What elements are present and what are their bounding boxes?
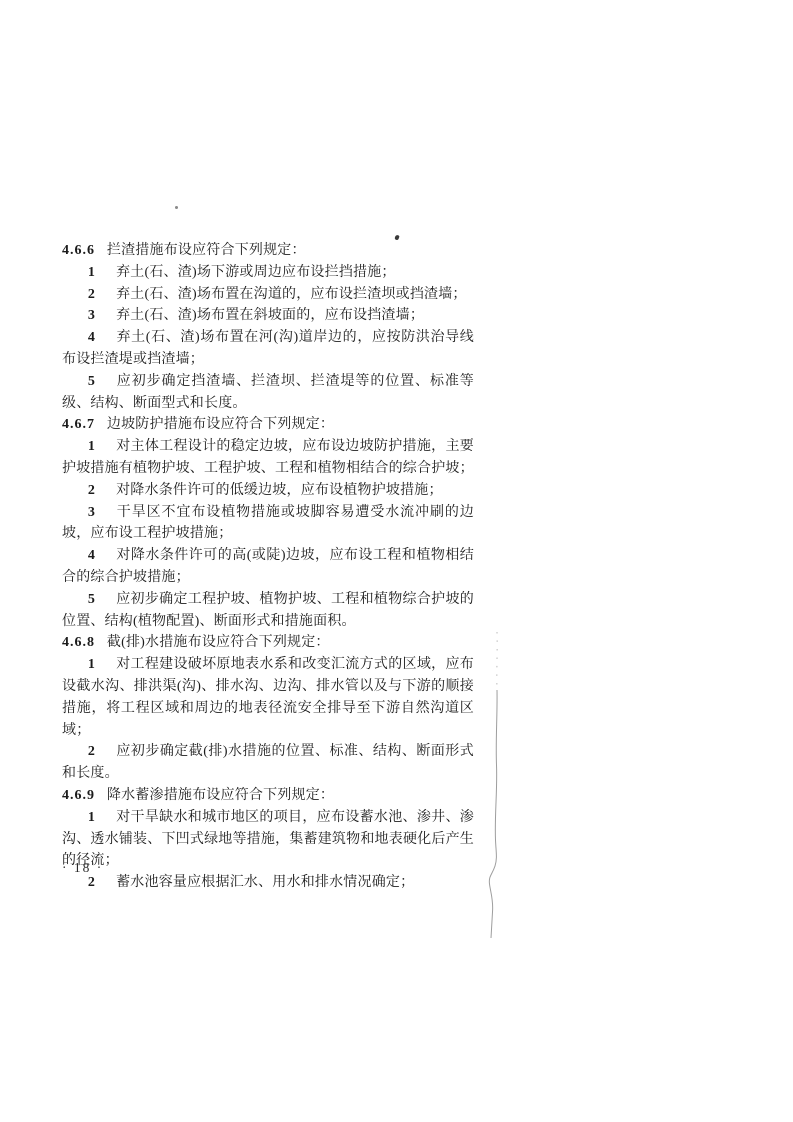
clause-title: 降水蓄渗措施布设应符合下列规定：: [107, 788, 334, 803]
item-text: 弃土(石、渣)场下游或周边应布设拦挡措施；: [116, 265, 396, 280]
item-number: 2: [88, 287, 95, 302]
clause-item: 1弃土(石、渣)场下游或周边应布设拦挡措施；: [62, 262, 474, 284]
item-text: 干旱区不宜布设植物措施或坡脚容易遭受水流冲刷的边坡，应布设工程护坡措施；: [62, 505, 474, 542]
item-number: 4: [88, 548, 95, 563]
clause-item: 1对干旱缺水和城市地区的项目，应布设蓄水池、渗井、渗沟、透水铺装、下凹式绿地等措…: [62, 807, 474, 872]
item-text: 应初步确定截(排)水措施的位置、标准、结构、断面形式和长度。: [62, 744, 474, 781]
item-number: 1: [88, 265, 95, 280]
item-number: 1: [88, 810, 95, 825]
clause-item: 3弃土(石、渣)场布置在斜坡面的，应布设挡渣墙；: [62, 305, 474, 327]
item-text: 对降水条件许可的低缓边坡，应布设植物护坡措施；: [116, 483, 443, 498]
clause-item: 4弃土(石、渣)场布置在河(沟)道岸边的，应按防洪治导线布设拦渣堤或挡渣墙；: [62, 327, 474, 371]
item-number: 3: [88, 308, 95, 323]
item-number: 1: [88, 657, 95, 672]
clause-item: 2蓄水池容量应根据汇水、用水和排水情况确定；: [62, 872, 474, 894]
clause-item: 5应初步确定挡渣墙、拦渣坝、拦渣堤等的位置、标准等级、结构、断面型式和长度。: [62, 371, 474, 415]
clause-title: 拦渣措施布设应符合下列规定：: [107, 243, 306, 258]
clause-heading-4-6-9: 4.6.9降水蓄渗措施布设应符合下列规定：: [62, 785, 474, 807]
item-text: 蓄水池容量应根据汇水、用水和排水情况确定；: [116, 875, 414, 890]
clause-number: 4.6.6: [62, 243, 95, 258]
clause-title: 截(排)水措施布设应符合下列规定：: [107, 635, 330, 650]
clause-number: 4.6.9: [62, 788, 95, 803]
item-number: 2: [88, 875, 95, 890]
clause-heading-4-6-6: 4.6.6拦渣措施布设应符合下列规定：: [62, 240, 474, 262]
page-number: · 18 ·: [62, 860, 103, 876]
item-text: 对主体工程设计的稳定边坡，应布设边坡防护措施，主要护坡措施有植物护坡、工程护坡、…: [62, 439, 474, 476]
item-text: 对工程建设破坏原地表水系和改变汇流方式的区域，应布设截水沟、排洪渠(沟)、排水沟…: [62, 657, 474, 737]
scan-speck: [175, 206, 178, 209]
clause-item: 2弃土(石、渣)场布置在沟道的，应布设拦渣坝或挡渣墙；: [62, 284, 474, 306]
clause-item: 5应初步确定工程护坡、植物护坡、工程和植物综合护坡的位置、结构(植物配置)、断面…: [62, 589, 474, 633]
clause-heading-4-6-7: 4.6.7边坡防护措施布设应符合下列规定：: [62, 414, 474, 436]
item-text: 对降水条件许可的高(或陡)边坡，应布设工程和植物相结合的综合护坡措施；: [62, 548, 474, 585]
clause-title: 边坡防护措施布设应符合下列规定：: [107, 417, 334, 432]
item-text: 对干旱缺水和城市地区的项目，应布设蓄水池、渗井、渗沟、透水铺装、下凹式绿地等措施…: [62, 810, 474, 869]
item-number: 2: [88, 744, 95, 759]
item-text: 弃土(石、渣)场布置在沟道的，应布设拦渣坝或挡渣墙；: [116, 287, 467, 302]
item-number: 3: [88, 505, 95, 520]
clause-number: 4.6.7: [62, 417, 95, 432]
clause-item: 2应初步确定截(排)水措施的位置、标准、结构、断面形式和长度。: [62, 741, 474, 785]
clause-item: 2对降水条件许可的低缓边坡，应布设植物护坡措施；: [62, 480, 474, 502]
clause-heading-4-6-8: 4.6.8截(排)水措施布设应符合下列规定：: [62, 632, 474, 654]
clause-item: 4对降水条件许可的高(或陡)边坡，应布设工程和植物相结合的综合护坡措施；: [62, 545, 474, 589]
clause-item: 3干旱区不宜布设植物措施或坡脚容易遭受水流冲刷的边坡，应布设工程护坡措施；: [62, 502, 474, 546]
clause-item: 1对工程建设破坏原地表水系和改变汇流方式的区域，应布设截水沟、排洪渠(沟)、排水…: [62, 654, 474, 741]
scanned-document-page: 4.6.6拦渣措施布设应符合下列规定： 1弃土(石、渣)场下游或周边应布设拦挡措…: [0, 0, 793, 1122]
item-text: 应初步确定挡渣墙、拦渣坝、拦渣堤等的位置、标准等级、结构、断面型式和长度。: [62, 374, 474, 411]
item-number: 2: [88, 483, 95, 498]
clause-number: 4.6.8: [62, 635, 95, 650]
item-number: 4: [88, 330, 95, 345]
item-number: 5: [88, 592, 95, 607]
item-text: 应初步确定工程护坡、植物护坡、工程和植物综合护坡的位置、结构(植物配置)、断面形…: [62, 592, 474, 629]
item-number: 5: [88, 374, 95, 389]
document-body: 4.6.6拦渣措施布设应符合下列规定： 1弃土(石、渣)场下游或周边应布设拦挡措…: [62, 240, 474, 894]
item-number: 1: [88, 439, 95, 454]
item-text: 弃土(石、渣)场布置在斜坡面的，应布设挡渣墙；: [116, 308, 424, 323]
clause-item: 1对主体工程设计的稳定边坡，应布设边坡防护措施，主要护坡措施有植物护坡、工程护坡…: [62, 436, 474, 480]
item-text: 弃土(石、渣)场布置在河(沟)道岸边的，应按防洪治导线布设拦渣堤或挡渣墙；: [62, 330, 474, 367]
